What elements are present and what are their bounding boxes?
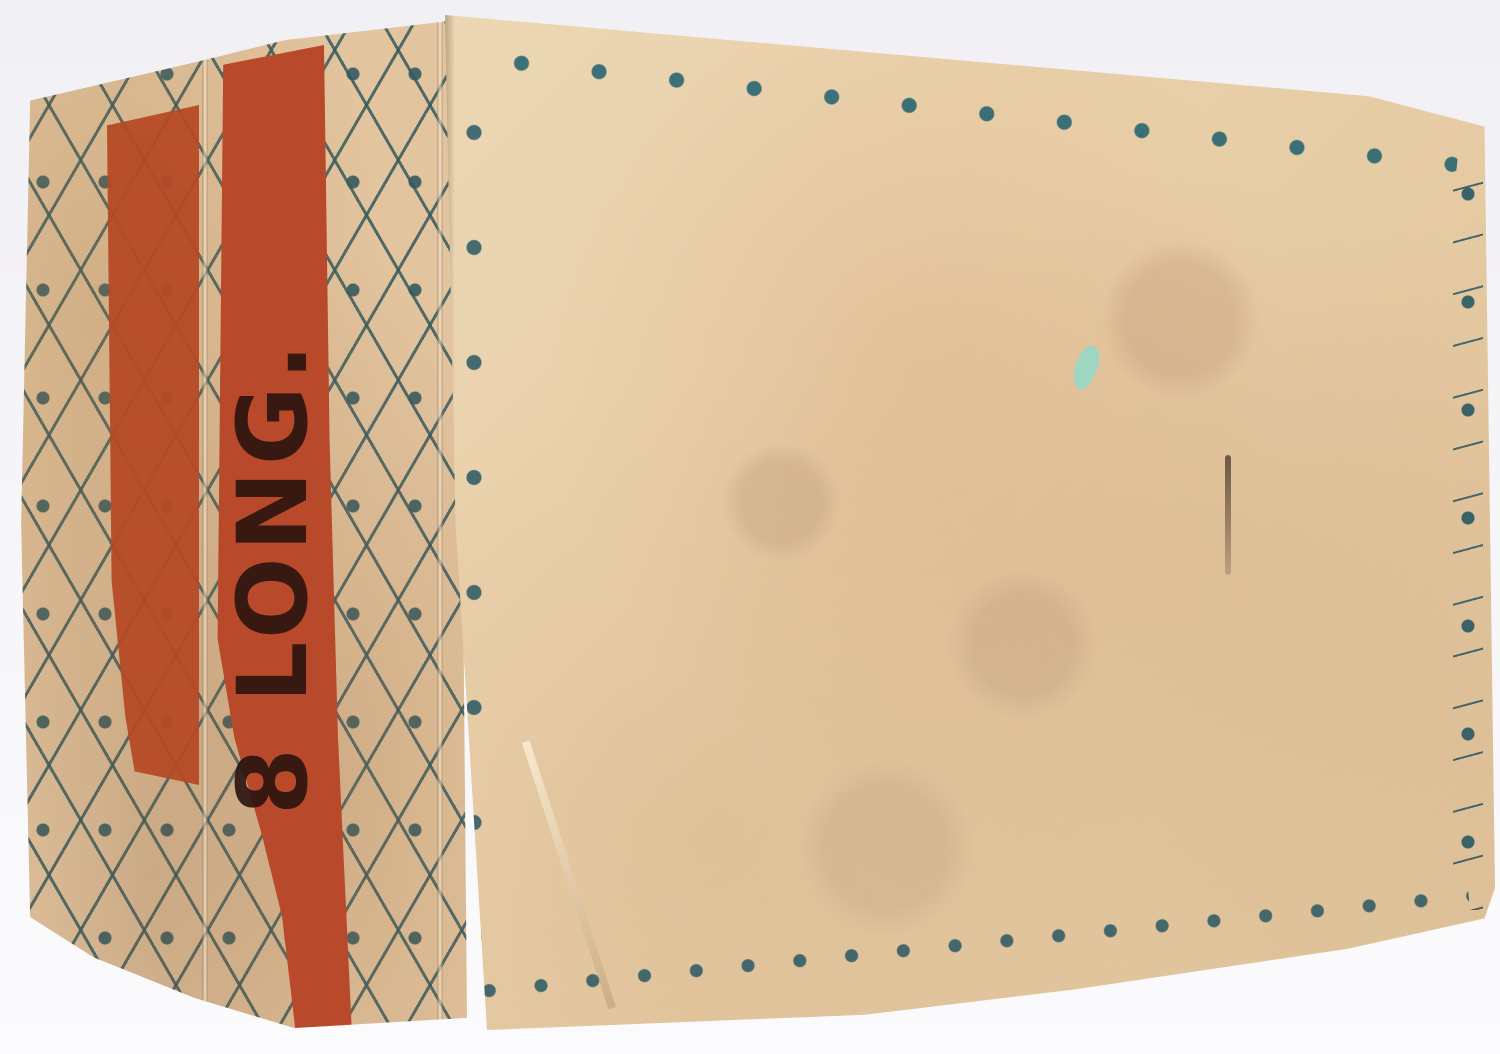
dark-stain-streak xyxy=(1225,455,1231,575)
fold-crease xyxy=(202,20,208,1028)
border-pattern-right xyxy=(1453,140,1483,910)
photo-scene: 8 LONG. xyxy=(0,0,1500,1054)
box-top-face xyxy=(445,15,1495,1030)
box-corner-edge xyxy=(437,20,443,1028)
label-text-8-long: 8 LONG. xyxy=(213,345,333,815)
